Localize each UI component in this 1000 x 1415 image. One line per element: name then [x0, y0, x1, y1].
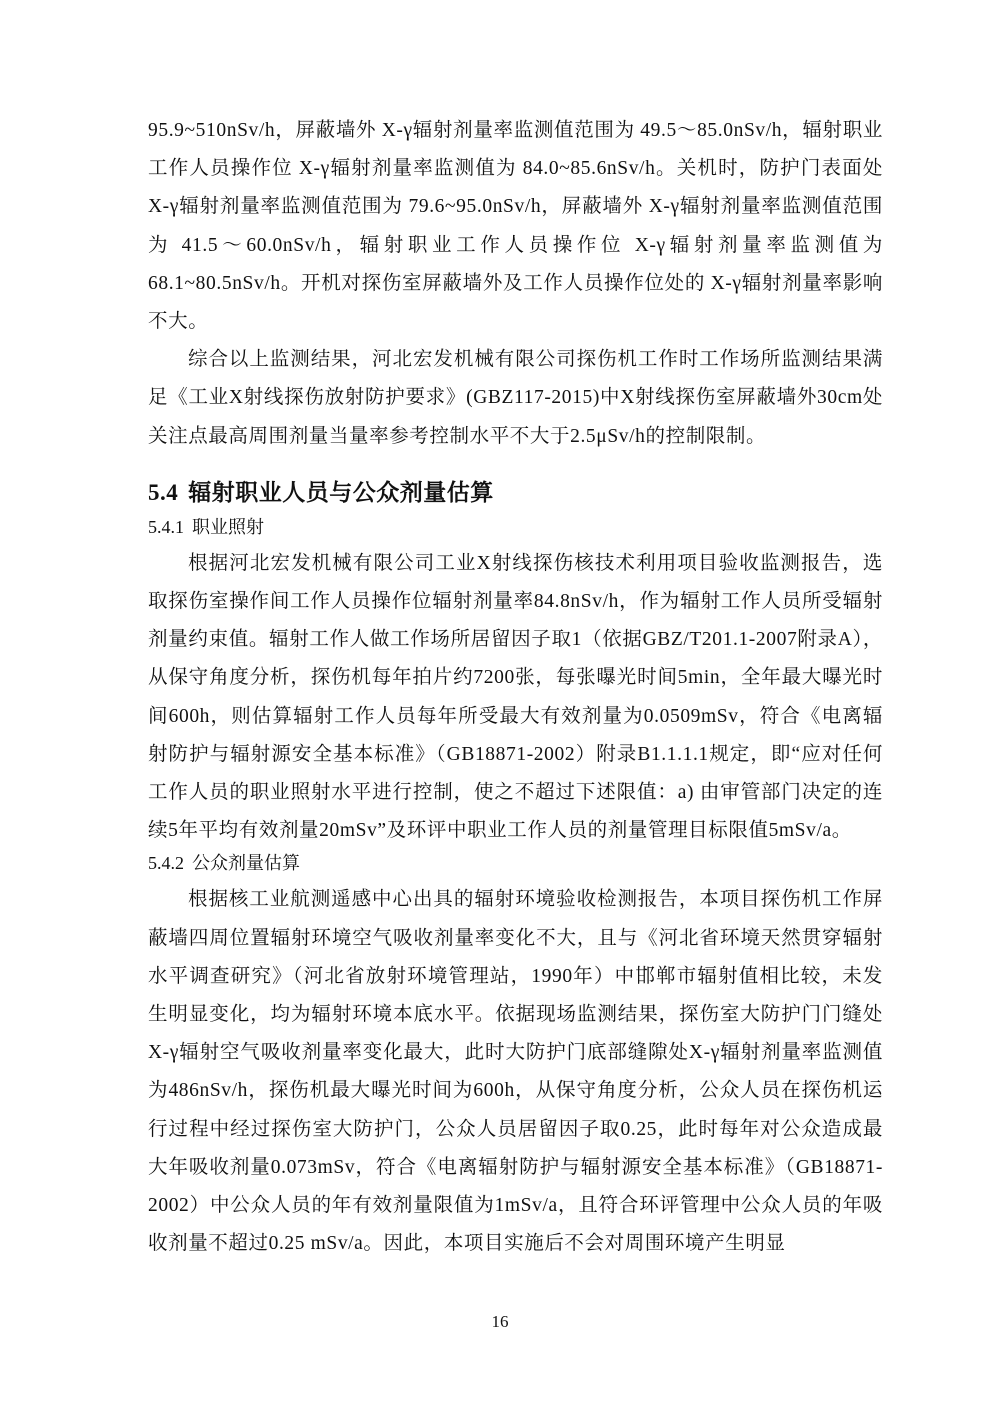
document-page: 95.9~510nSv/h，屏蔽墙外 X-γ辐射剂量率监测值范围为 49.5～8…	[148, 112, 883, 1263]
section-number: 5.4	[148, 480, 178, 505]
paragraph-monitoring-results: 95.9~510nSv/h，屏蔽墙外 X-γ辐射剂量率监测值范围为 49.5～8…	[148, 112, 883, 341]
paragraph-summary: 综合以上监测结果，河北宏发机械有限公司探伤机工作时工作场所监测结果满足《工业X射…	[148, 341, 883, 456]
subsection-number: 5.4.2	[148, 853, 184, 873]
subsection-heading-public: 5.4.2公众剂量估算	[148, 850, 883, 877]
subsection-title: 职业照射	[192, 517, 264, 538]
subsection-heading-occupational: 5.4.1职业照射	[148, 514, 883, 541]
paragraph-public-dose: 根据核工业航测遥感中心出具的辐射环境验收检测报告，本项目探伤机工作屏蔽墙四周位置…	[148, 881, 883, 1263]
paragraph-occupational-exposure: 根据河北宏发机械有限公司工业X射线探伤核技术利用项目验收监测报告，选取探伤室操作…	[148, 545, 883, 851]
section-heading: 5.4辐射职业人员与公众剂量估算	[148, 478, 883, 508]
subsection-number: 5.4.1	[148, 517, 184, 537]
subsection-title: 公众剂量估算	[192, 853, 300, 874]
page-number: 16	[0, 1312, 1000, 1332]
section-title: 辐射职业人员与公众剂量估算	[188, 480, 494, 506]
